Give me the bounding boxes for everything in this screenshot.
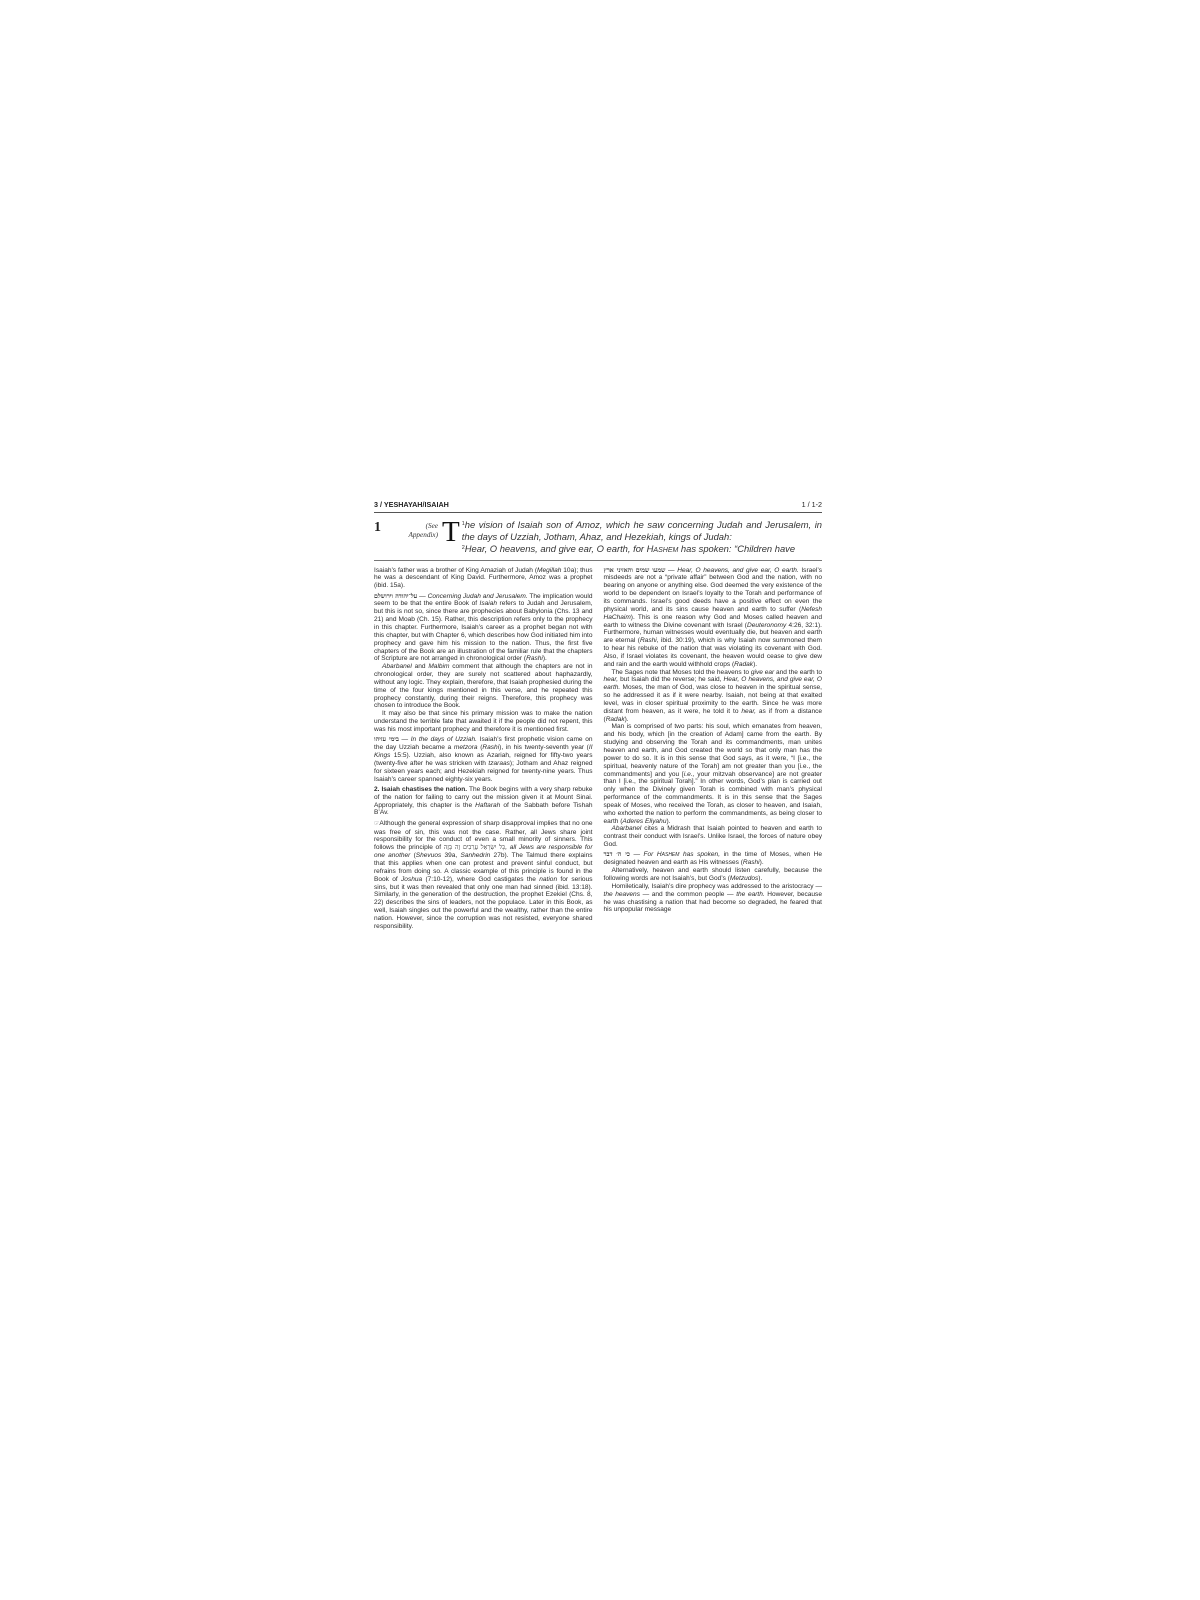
commentary-paragraph: Abarbanel and Malbim comment that althou…: [374, 663, 593, 710]
commentary-section-heading-paragraph: 2. Isaiah chastises the nation. The Book…: [374, 786, 593, 817]
verse-number-2: 2: [462, 545, 465, 551]
book-page: 3 / YESHAYAH/ISAIAH 1 / 1-2 1 (See Appen…: [374, 500, 822, 931]
commentary-paragraph: Alternatively, heaven and earth should l…: [604, 867, 823, 883]
verse-number-1: 1: [462, 521, 465, 527]
commentary-paragraph: בימי עזיהו — In the days of Uzziah. Isai…: [374, 736, 593, 783]
commentary-paragraph: שמעו שמים והאזיני ארץ — Hear, O heavens,…: [604, 567, 823, 669]
verse-1: he vision of Isaiah son of Amoz, which h…: [462, 519, 822, 542]
running-head-title: 3 / YESHAYAH/ISAIAH: [374, 500, 449, 509]
divine-name: Hashem: [657, 851, 680, 858]
hebrew-lemma: בימי עזיהו: [374, 736, 399, 743]
commentary-paragraph: Isaiah’s father was a brother of King Am…: [374, 567, 593, 591]
verse-text: 1The vision of Isaiah son of Amoz, which…: [442, 519, 822, 556]
drop-cap: T: [442, 520, 460, 544]
lemma-translation: In the days of Uzziah.: [411, 736, 477, 743]
verse-2-pre: Hear, O heavens, and give ear, O earth, …: [465, 543, 647, 554]
commentary-paragraph: The Sages note that Moses told the heave…: [604, 669, 823, 724]
commentary: Isaiah’s father was a brother of King Am…: [374, 567, 822, 931]
commentary-paragraph: ☞Although the general expression of shar…: [374, 820, 593, 931]
commentary-paragraph: Abarbanel cites a Midrash that Isaiah po…: [604, 825, 823, 849]
hebrew-lemma: כי ה׳ דבר: [604, 851, 630, 858]
lemma-translation: Hear, O heavens, and give ear, O earth.: [677, 567, 798, 574]
section-divider: [374, 560, 822, 561]
lemma-translation: Concerning Judah and Jerusalem.: [428, 593, 528, 600]
commentary-right-column: שמעו שמים והאזיני ארץ — Hear, O heavens,…: [604, 567, 823, 931]
commentary-paragraph: Homiletically, Isaiah’s dire prophecy wa…: [604, 883, 823, 914]
verse-2-post: has spoken: “Children have: [678, 543, 795, 554]
commentary-paragraph: על־יהודה וירושלם — Concerning Judah and …: [374, 593, 593, 664]
margin-note: (See Appendix): [398, 522, 438, 540]
divine-name: Hashem: [647, 543, 679, 554]
running-head-chapter-verse: 1 / 1-2: [802, 500, 822, 509]
commentary-paragraph: It may also be that since his primary mi…: [374, 710, 593, 734]
scripture-verse-block: 1 (See Appendix) 1The vision of Isaiah s…: [374, 519, 822, 556]
section-heading: 2. Isaiah chastises the nation.: [374, 786, 467, 793]
running-head: 3 / YESHAYAH/ISAIAH 1 / 1-2: [374, 500, 822, 513]
hebrew-lemma: שמעו שמים והאזיני ארץ: [604, 567, 666, 574]
commentary-paragraph: Man is comprised of two parts: his soul,…: [604, 723, 823, 825]
commentary-left-column: Isaiah’s father was a brother of King Am…: [374, 567, 593, 931]
hebrew-phrase: כָּל יִשְׂרָאֵל עֲרֵבִים זֶה בָּזֶה: [444, 844, 505, 851]
hebrew-lemma: על־יהודה וירושלם: [374, 593, 417, 600]
chapter-number: 1: [374, 520, 398, 536]
commentary-paragraph: כי ה׳ דבר — For Hashem has spoken, in th…: [604, 851, 823, 867]
